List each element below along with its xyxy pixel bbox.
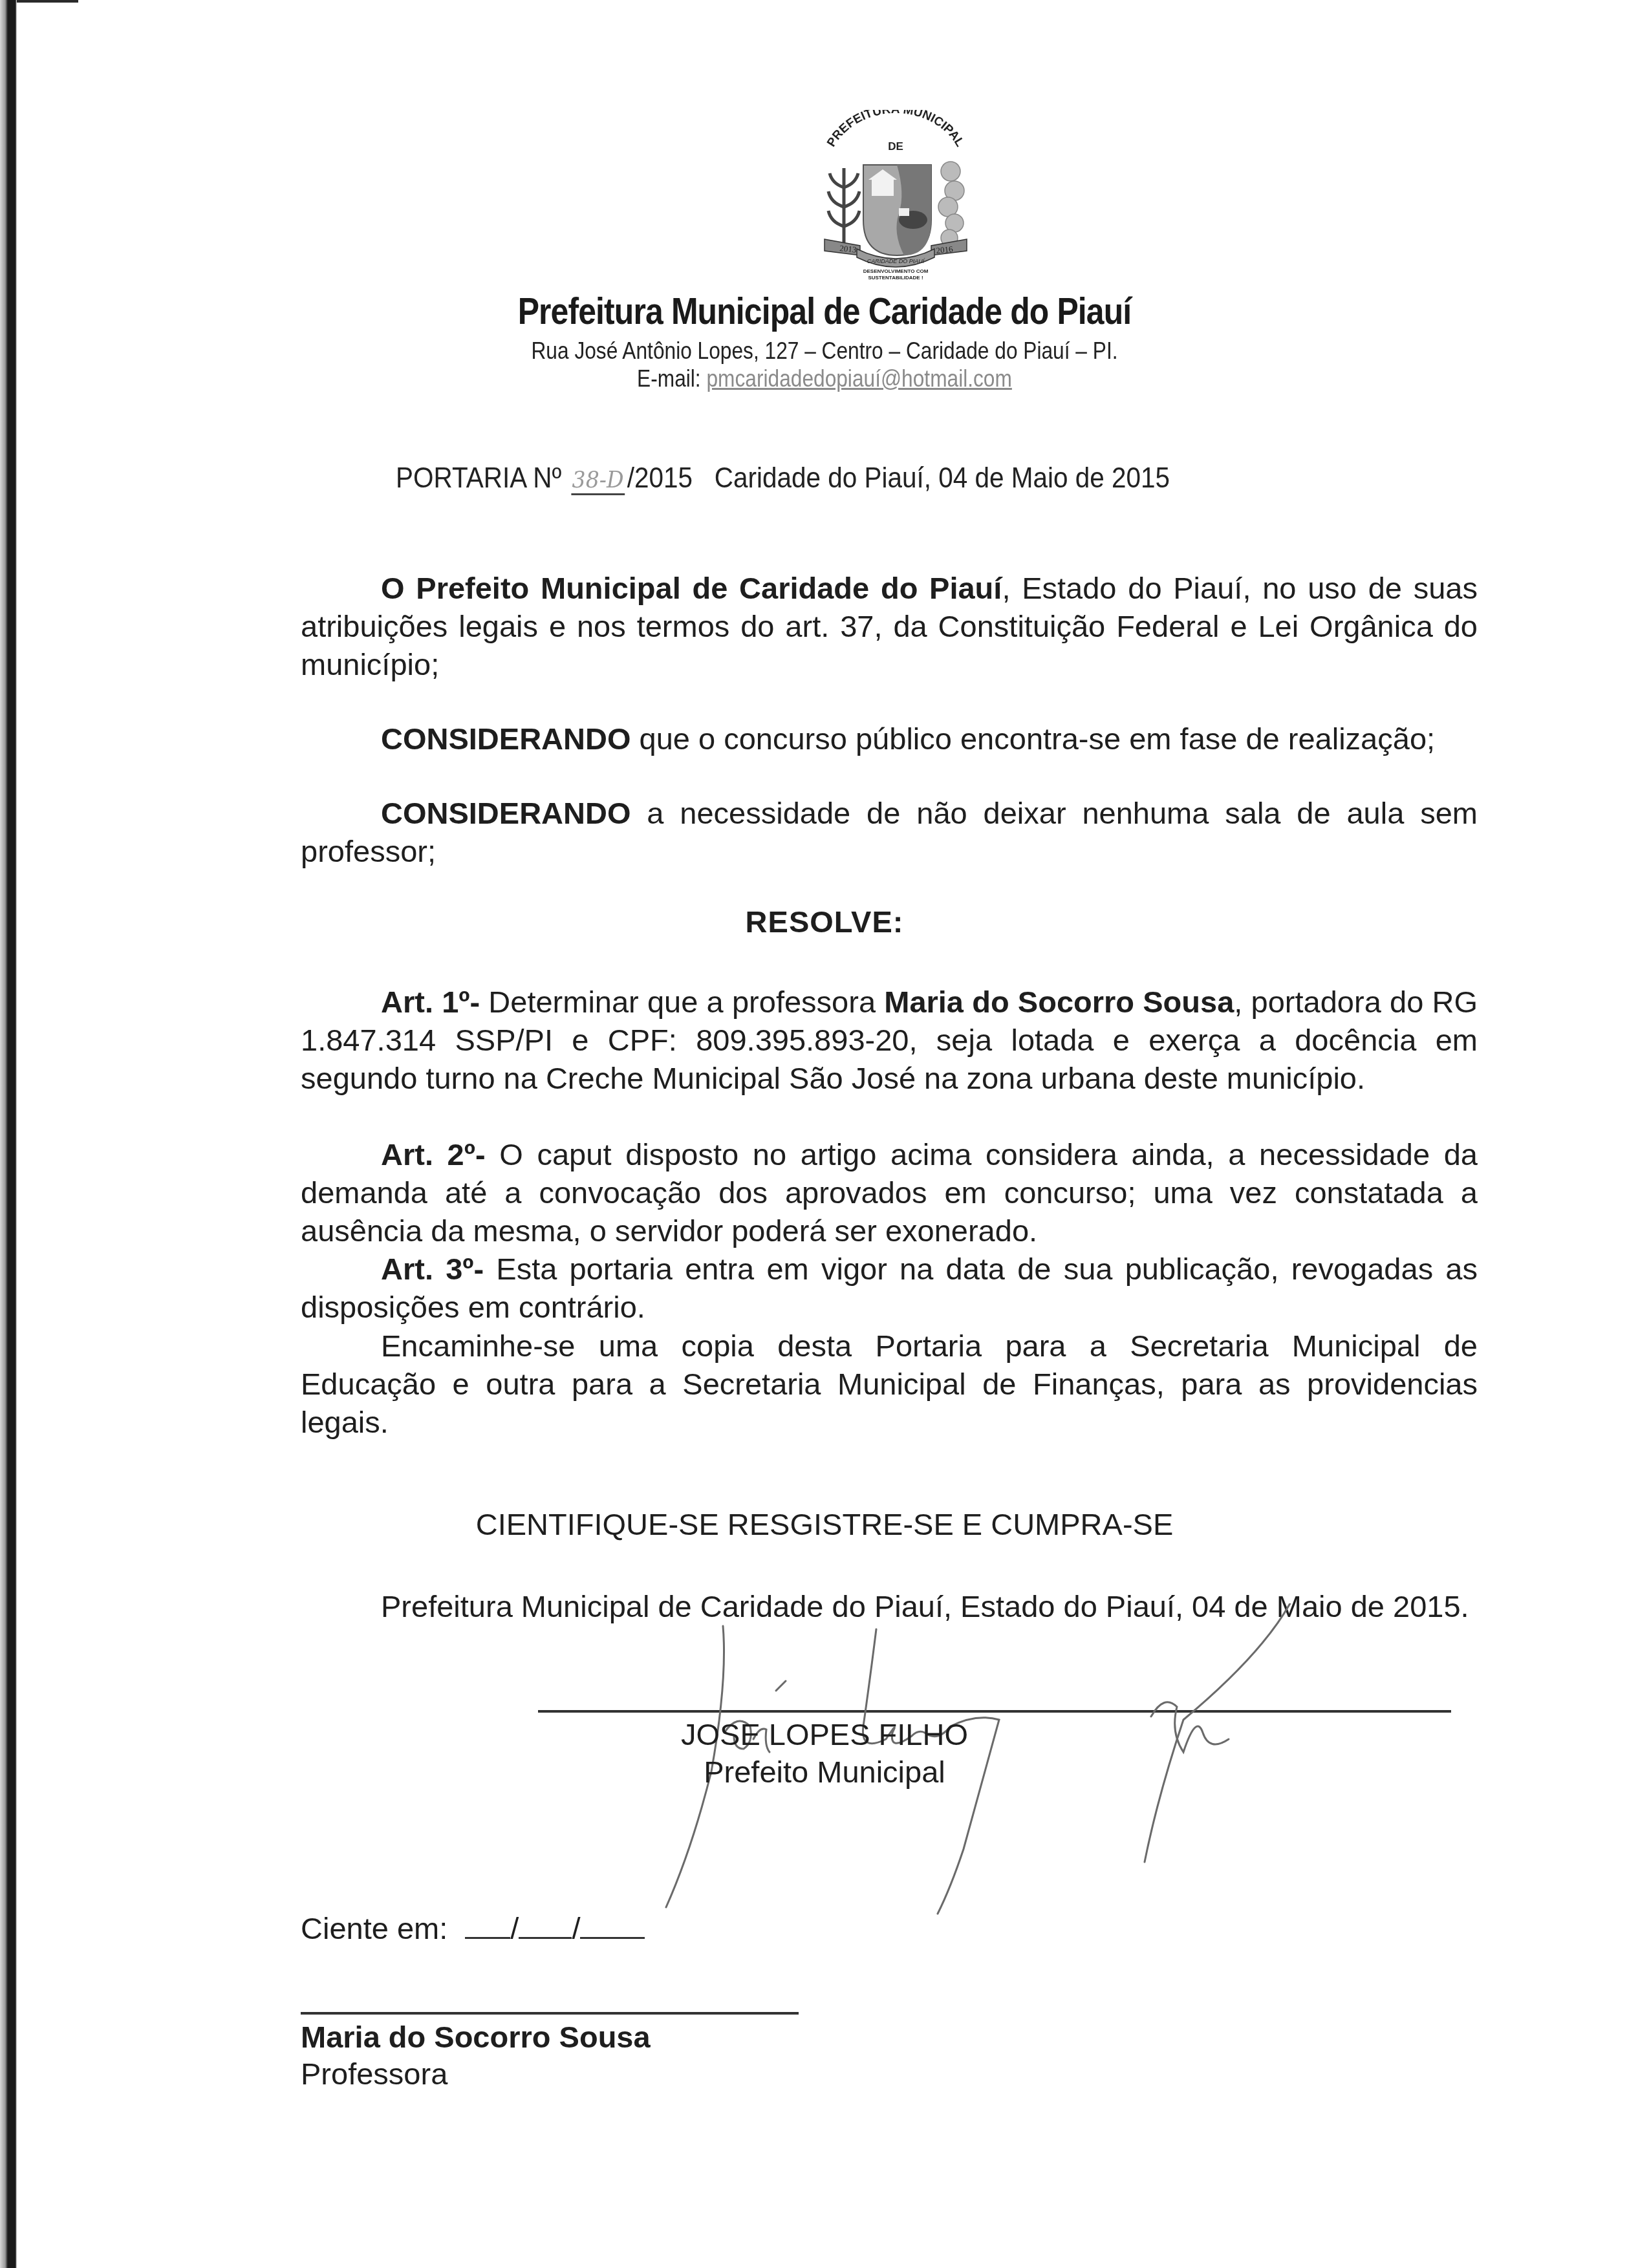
signer-role: Prefeito Municipal	[0, 1754, 1649, 1790]
intro-bold: O Prefeito Municipal de Caridade do Piau…	[381, 571, 1002, 605]
logo-year-start: 2013	[839, 243, 857, 255]
portaria-year: /2015	[627, 462, 693, 494]
article-2: Art. 2º- O caput disposto no artigo acim…	[301, 1135, 1478, 1250]
date-separator: /	[572, 1911, 580, 1945]
document-page: PREFEITURA MUNICIPAL DE 2013 2016 CARIDA…	[0, 0, 1649, 2268]
ciente-field: Ciente em: //	[301, 1910, 645, 1946]
letterhead-title: Prefeitura Municipal de Caridade do Piau…	[116, 290, 1534, 333]
article-3: Art. 3º- Esta portaria entra em vigor na…	[301, 1250, 1478, 1326]
cientifique-line: CIENTIFIQUE-SE RESGISTRE-SE E CUMPRA-SE	[0, 1506, 1649, 1542]
letterhead-email: E-mail: pmcaridadedopiauí@hotmail.com	[99, 365, 1550, 392]
ciente-day-blank[interactable]	[465, 1911, 510, 1939]
article-label: Art. 3º-	[381, 1252, 484, 1286]
date-separator: /	[510, 1911, 519, 1945]
recipient-name: Maria do Socorro Sousa	[301, 2019, 651, 2055]
article-label: Art. 2º-	[381, 1137, 486, 1171]
article-1: Art. 1º- Determinar que a professora Mar…	[301, 983, 1478, 1097]
portaria-number-handwritten: 38-D	[571, 467, 625, 495]
recipient-role: Professora	[301, 2056, 447, 2091]
teacher-name: Maria do Socorro Sousa	[884, 985, 1234, 1019]
ciente-label: Ciente em:	[301, 1911, 447, 1945]
letterhead-address: Rua José Antônio Lopes, 127 – Centro – C…	[99, 337, 1550, 365]
recipient-signature-line	[301, 2012, 799, 2015]
considerando-paragraph: CONSIDERANDO que o concurso público enco…	[301, 720, 1478, 758]
ciente-month-blank[interactable]	[519, 1911, 572, 1939]
portaria-place-date: Caridade do Piauí, 04 de Maio de 2015	[715, 462, 1170, 494]
article-text: Determinar que a professora	[480, 985, 884, 1019]
ciente-year-blank[interactable]	[580, 1911, 645, 1939]
considerando-label: CONSIDERANDO	[381, 796, 630, 830]
scan-border	[0, 0, 17, 2268]
considerando-text: que o concurso público encontra-se em fa…	[630, 722, 1435, 756]
email-link[interactable]: pmcaridadedopiauí@hotmail.com	[706, 365, 1011, 392]
considerando-paragraph: CONSIDERANDO a necessidade de não deixar…	[301, 794, 1478, 870]
scan-border-top	[17, 0, 78, 3]
logo-year-end: 2016	[936, 244, 954, 255]
portaria-line: PORTARIA Nº 38-D/2015 Caridade do Piauí,…	[396, 462, 1170, 495]
article-label: Art. 1º-	[381, 985, 480, 1019]
municipal-coat-of-arms-icon: PREFEITURA MUNICIPAL DE 2013 2016 CARIDA…	[802, 110, 989, 284]
intro-paragraph: O Prefeito Municipal de Caridade do Piau…	[301, 569, 1478, 683]
email-label: E-mail:	[637, 365, 706, 392]
signer-name: JOSE LOPES FILHO	[0, 1717, 1649, 1752]
forwarding-paragraph: Encaminhe-se uma copia desta Portaria pa…	[301, 1327, 1478, 1441]
logo-de-text: DE	[888, 140, 903, 153]
logo-motto-2: SUSTENTABILIDADE !	[868, 275, 923, 281]
logo-motto-1: DESENVOLVIMENTO COM	[863, 268, 929, 274]
resolve-heading: RESOLVE:	[0, 904, 1649, 939]
logo-ribbon-text: CARIDADE DO PIAUÍ	[867, 258, 925, 264]
portaria-prefix: PORTARIA Nº	[396, 462, 561, 494]
considerando-label: CONSIDERANDO	[381, 722, 630, 756]
